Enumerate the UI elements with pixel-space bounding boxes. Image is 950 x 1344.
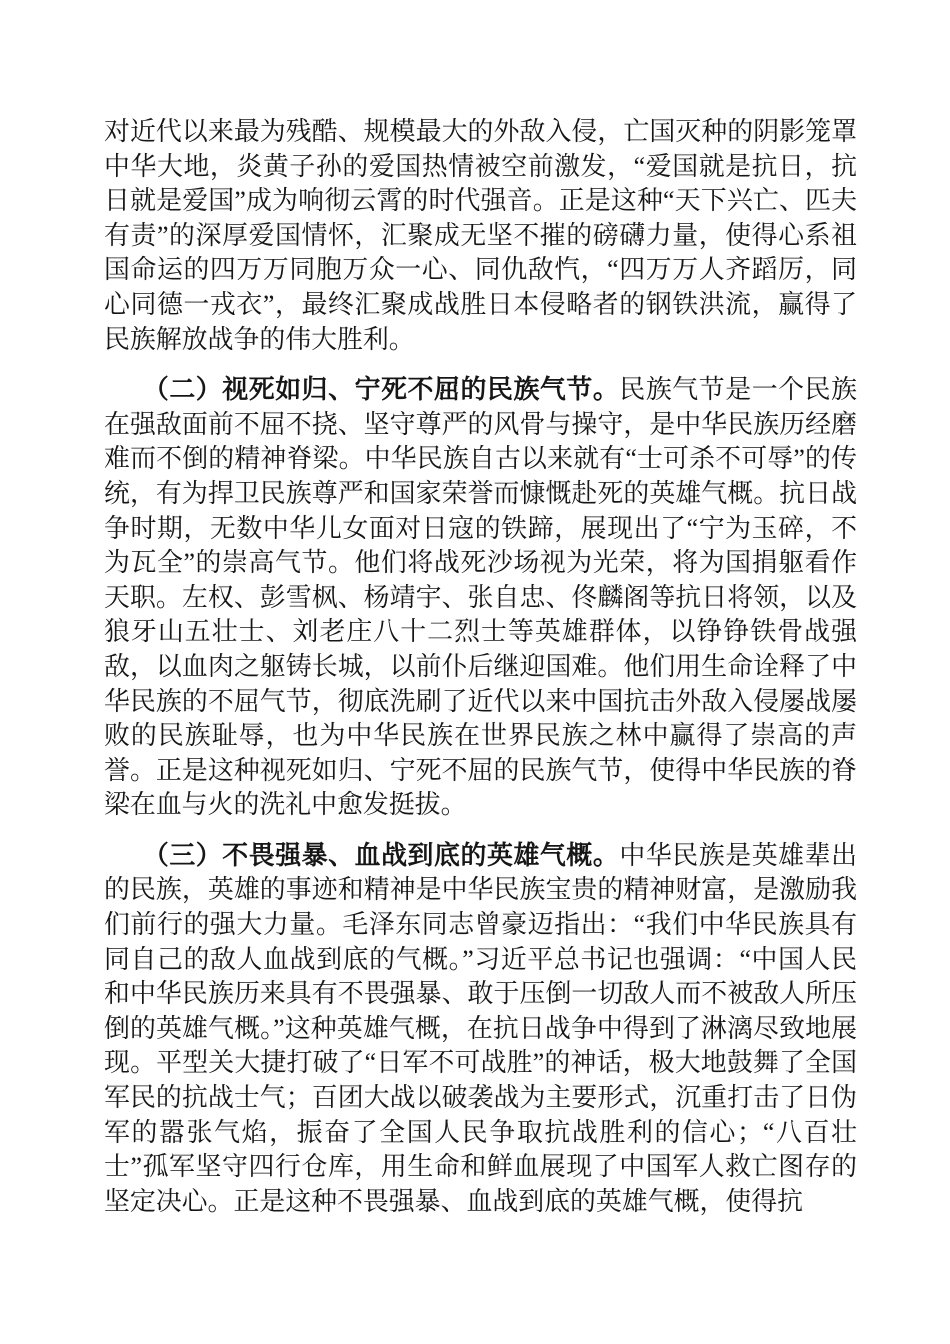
- paragraph: 对近代以来最为残酷、规模最大的外敌入侵，亡国灭种的阴影笼罩中华大地，炎黄子孙的爱…: [104, 115, 857, 357]
- paragraph: （二）视死如归、宁死不屈的民族气节。民族气节是一个民族在强敌面前不屈不挠、坚守尊…: [104, 373, 857, 823]
- paragraph-text: 对近代以来最为残酷、规模最大的外敌入侵，亡国灭种的阴影笼罩中华大地，炎黄子孙的爱…: [104, 117, 857, 354]
- document-page: 对近代以来最为残酷、规模最大的外敌入侵，亡国灭种的阴影笼罩中华大地，炎黄子孙的爱…: [0, 0, 950, 1344]
- paragraph: （三）不畏强暴、血战到底的英雄气概。中华民族是英雄辈出的民族，英雄的事迹和精神是…: [104, 839, 857, 1220]
- paragraph-text: 中华民族是英雄辈出的民族，英雄的事迹和精神是中华民族宝贵的精神财富，是激励我们前…: [104, 841, 857, 1216]
- paragraph-lead: （三）不畏强暴、血战到底的英雄气概。: [143, 841, 620, 870]
- document-body: 对近代以来最为残酷、规模最大的外敌入侵，亡国灭种的阴影笼罩中华大地，炎黄子孙的爱…: [104, 115, 857, 1219]
- paragraph-lead: （二）视死如归、宁死不屈的民族气节。: [143, 375, 620, 404]
- paragraph-text: 民族气节是一个民族在强敌面前不屈不挠、坚守尊严的风骨与操守，是中华民族历经磨难而…: [104, 375, 857, 819]
